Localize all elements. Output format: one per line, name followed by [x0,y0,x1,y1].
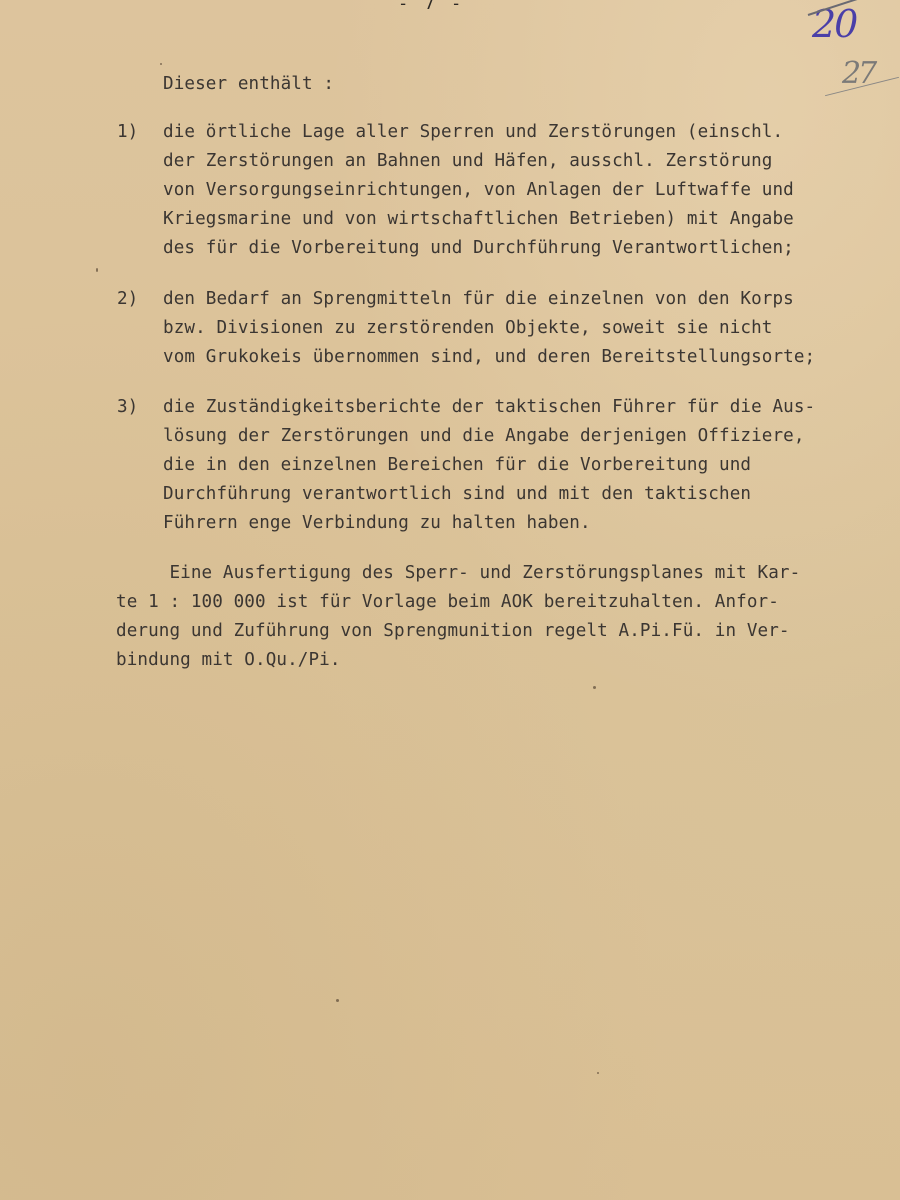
item-line: den Bedarf an Sprengmitteln für die einz… [163,289,794,309]
closing-line: te 1 : 100 000 ist für Vorlage beim AOK … [116,592,779,612]
page-number: - 7 - [398,0,464,14]
item-line: Kriegsmarine und von wirtschaftlichen Be… [163,209,794,229]
item-number: 2) [117,289,138,309]
folio-ink-number: 20 [812,2,856,46]
item-line: Durchführung verantwortlich sind und mit… [163,484,751,504]
item-line: die Zuständigkeitsberichte der taktische… [163,397,815,417]
closing-line: bindung mit O.Qu./Pi. [116,650,341,670]
intro-line: Dieser enthält : [163,74,334,94]
closing-line: Eine Ausfertigung des Sperr- und Zerstör… [116,563,800,583]
document-page: - 7 - 20 27 Dieser enthält : 1) die örtl… [0,0,900,1200]
item-number: 3) [117,397,138,417]
paper-speck [96,268,98,272]
item-line: die in den einzelnen Bereichen für die V… [163,455,751,475]
item-line: lösung der Zerstörungen und die Angabe d… [163,426,805,446]
item-line: Führern enge Verbindung zu halten haben. [163,513,591,533]
paper-speck [597,1072,599,1074]
item-line: vom Grukokeis übernommen sind, und deren… [163,347,815,367]
item-line: des für die Vorbereitung und Durchführun… [163,238,794,258]
item-line: bzw. Divisionen zu zerstörenden Objekte,… [163,318,772,338]
item-line: von Versorgungseinrichtungen, von Anlage… [163,180,794,200]
paper-speck [336,999,339,1002]
item-line: der Zerstörungen an Bahnen und Häfen, au… [163,151,772,171]
item-line: die örtliche Lage aller Sperren und Zers… [163,122,783,142]
item-number: 1) [117,122,138,142]
closing-line: derung und Zuführung von Sprengmunition … [116,621,790,641]
paper-speck [160,63,162,65]
paper-speck [593,686,596,689]
